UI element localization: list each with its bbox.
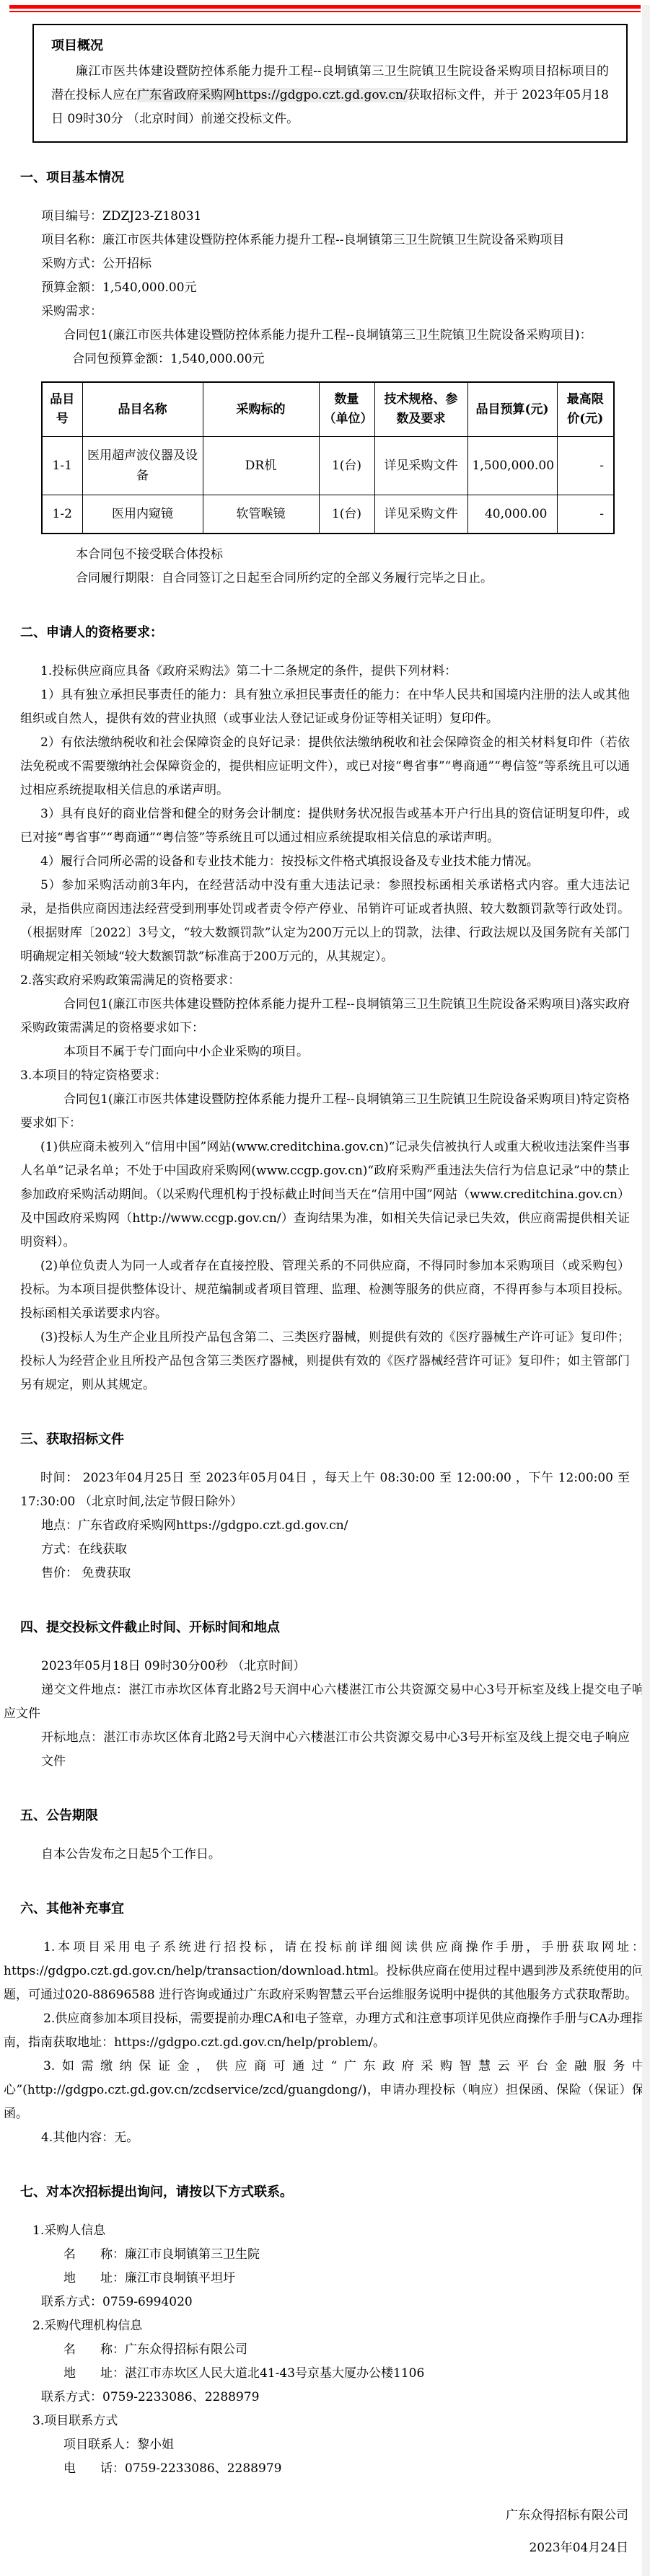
- qualification-item: (3)投标人为生产企业且所投产品包含第二、三类医疗器械，则提供有效的《医疗器械生…: [20, 1326, 630, 1397]
- cell-quantity: 1(台): [319, 495, 374, 534]
- section-qualification: 二、申请人的资格要求： 1.投标供应商应具备《政府采购法》第二十二条规定的条件，…: [0, 622, 650, 1397]
- section-4-title: 四、提交投标文件截止时间、开标时间和地点: [20, 1617, 630, 1639]
- overview-title: 项目概况: [51, 34, 609, 58]
- qualification-item: (2)单位负责人为同一人或者存在直接控股、管理关系的不同供应商，不得同时参加本采…: [20, 1254, 630, 1326]
- cell-quantity: 1(台): [319, 437, 374, 495]
- contract-pack-budget: 合同包预算金额：1,540,000.00元: [72, 348, 630, 371]
- supplementary-item: 1.本项目采用电子系统进行招投标，请在投标前详细阅读供应商操作手册，手册获取网址…: [4, 1936, 644, 2007]
- budget-amount: 预算金额：1,540,000.00元: [41, 276, 630, 300]
- opening-place: 开标地点：湛江市赤坎区体育北路2号天润中心六楼湛江市公共资源交易中心3号开标室及…: [41, 1726, 630, 1774]
- no-consortium-note: 本合同包不接受联合体投标: [76, 543, 630, 567]
- cell-specs: 详见采购文件: [374, 437, 467, 495]
- cell-price-cap: -: [557, 495, 614, 534]
- section-bid-opening: 四、提交投标文件截止时间、开标时间和地点 2023年05月18日 09时30分0…: [0, 1617, 650, 1774]
- col-item-no: 品目号: [42, 382, 82, 437]
- supplementary-item: 3.如需缴纳保证金，供应商可通过“广东政府采购智慧云平台金融服务中心”(http…: [4, 2055, 644, 2126]
- agency-info-head: 2.采购代理机构信息: [32, 2314, 630, 2338]
- project-overview-box: 项目概况 廉江市医共体建设暨防控体系能力提升工程--良垌镇第三卫生院镇卫生院设备…: [32, 24, 628, 143]
- obtain-place: 地点：广东省政府采购网https://gdgpo.czt.gd.gov.cn/: [41, 1514, 630, 1538]
- col-specs: 技术规格、参数及要求: [374, 382, 467, 437]
- cell-item-budget: 1,500,000.00: [467, 437, 557, 495]
- purchaser-address: 地 址：廉江市良垌镇平坦圩: [63, 2267, 630, 2290]
- cell-item-name: 医用内窥镜: [82, 495, 203, 534]
- section-basic-info: 一、项目基本情况 项目编号：ZDZJ23-Z18031 项目名称：廉江市医共体建…: [0, 167, 650, 590]
- cell-item-no: 1-2: [42, 495, 82, 534]
- col-item-name: 品目名称: [82, 382, 203, 437]
- obtain-price: 售价： 免费获取: [41, 1562, 630, 1585]
- contract-pack-line: 合同包1(廉江市医共体建设暨防控体系能力提升工程--良垌镇第三卫生院镇卫生院设备…: [63, 324, 630, 348]
- signature-block: 广东众得招标有限公司 2023年04月24日: [0, 2500, 650, 2576]
- project-number: 项目编号：ZDZJ23-Z18031: [41, 205, 630, 229]
- procurement-method: 采购方式：公开招标: [41, 252, 630, 276]
- project-contact-phone: 电 话：0759-2233086、2288979: [63, 2457, 630, 2481]
- top-red-rule-thin: [9, 11, 641, 12]
- cell-item-budget: 40,000.00: [467, 495, 557, 534]
- table-row: 1-2 医用内窥镜 软管喉镜 1(台) 详见采购文件 40,000.00 -: [42, 495, 614, 534]
- agency-phone: 联系方式：0759-2233086、2288979: [41, 2386, 630, 2409]
- signature-company: 广东众得招标有限公司: [0, 2500, 628, 2532]
- qualification-item: 3.本项目的特定资格要求：: [20, 1064, 630, 1088]
- section-1-title: 一、项目基本情况: [20, 167, 630, 189]
- cell-subject: DR机: [203, 437, 319, 495]
- agency-address: 地 址：湛江市赤坎区人民大道北41-43号京基大厦办公楼1106: [63, 2362, 630, 2386]
- cell-item-name: 医用超声波仪器及设备: [82, 437, 203, 495]
- submission-deadline: 2023年05月18日 09时30分00秒 （北京时间）: [41, 1655, 630, 1678]
- qualification-item: (1)供应商未被列入“信用中国”网站(www.creditchina.gov.c…: [20, 1136, 630, 1254]
- qualification-item: 合同包1(廉江市医共体建设暨防控体系能力提升工程--良垌镇第三卫生院镇卫生院设备…: [20, 993, 630, 1040]
- announcement-period-text: 自本公告发布之日起5个工作日。: [41, 1843, 630, 1867]
- procurement-demand-label: 采购需求：: [41, 300, 630, 324]
- section-2-title: 二、申请人的资格要求：: [20, 622, 630, 644]
- cell-item-no: 1-1: [42, 437, 82, 495]
- project-contact-head: 3.项目联系方式: [32, 2409, 630, 2433]
- col-quantity: 数量（单位）: [319, 382, 374, 437]
- qualification-item: 3）具有良好的商业信誉和健全的财务会计制度：提供财务状况报告或基本开户行出具的资…: [20, 802, 630, 850]
- qualification-item: 合同包1(廉江市医共体建设暨防控体系能力提升工程--良垌镇第三卫生院镇卫生院设备…: [20, 1088, 630, 1136]
- qualification-item: 2.落实政府采购政策需满足的资格要求：: [20, 969, 630, 993]
- tender-announcement-page: { "overview": { "title": "项目概况", "intro_…: [0, 5, 650, 2576]
- cell-specs: 详见采购文件: [374, 495, 467, 534]
- page-right-gutter: [642, 5, 650, 2576]
- purchaser-info-head: 1.采购人信息: [32, 2219, 630, 2243]
- procurement-portal-link[interactable]: 广东省政府采购网https://gdgpo.czt.gd.gov.cn/: [137, 88, 408, 102]
- col-subject: 采购标的: [203, 382, 319, 437]
- project-contact-person: 项目联系人：黎小姐: [63, 2433, 630, 2457]
- obtain-method: 方式：在线获取: [41, 1538, 630, 1562]
- top-red-rule-thick: [9, 5, 641, 9]
- qualification-item: 5）参加采购活动前3年内，在经营活动中没有重大违法记录：参照投标函相关承诺格式内…: [20, 874, 630, 969]
- section-obtain-documents: 三、获取招标文件 时间： 2023年04月25日 至 2023年05月04日 ，…: [0, 1429, 650, 1585]
- table-header-row: 品目号 品目名称 采购标的 数量（单位） 技术规格、参数及要求 品目预算(元) …: [42, 382, 614, 437]
- qualification-item: 4）履行合同所必需的设备和专业技术能力：按投标文件格式填报设备及专业技术能力情况…: [20, 850, 630, 874]
- contract-duration: 合同履行期限：自合同签订之日起至合同所约定的全部义务履行完毕之日止。: [76, 567, 630, 590]
- obtain-time: 时间： 2023年04月25日 至 2023年05月04日 ，每天上午 08:3…: [20, 1466, 630, 1514]
- agency-name: 名 称：广东众得招标有限公司: [63, 2338, 630, 2362]
- qualification-item: 1.投标供应商应具备《政府采购法》第二十二条规定的条件，提供下列材料：: [20, 660, 630, 683]
- procurement-items-table: 品目号 品目名称 采购标的 数量（单位） 技术规格、参数及要求 品目预算(元) …: [41, 381, 615, 534]
- section-supplementary: 六、其他补充事宜 1.本项目采用电子系统进行招投标，请在投标前详细阅读供应商操作…: [0, 1898, 650, 2150]
- qualification-item: 1）具有独立承担民事责任的能力：具有独立承担民事责任的能力：在中华人民共和国境内…: [20, 683, 630, 731]
- section-7-title: 七、对本次招标提出询问，请按以下方式联系。: [20, 2182, 630, 2203]
- section-announcement-period: 五、公告期限 自本公告发布之日起5个工作日。: [0, 1805, 650, 1867]
- purchaser-phone: 联系方式：0759-6994020: [41, 2290, 630, 2314]
- submission-place: 递交文件地点：湛江市赤坎区体育北路2号天润中心六楼湛江市公共资源交易中心3号开标…: [4, 1678, 644, 1726]
- signature-date: 2023年04月24日: [0, 2532, 628, 2564]
- supplementary-item: 4.其他内容：无。: [41, 2126, 630, 2150]
- supplementary-item: 2.供应商参加本项目投标，需要提前办理CA和电子签章，办理方式和注意事项详见供应…: [4, 2007, 644, 2055]
- col-price-cap: 最高限价(元): [557, 382, 614, 437]
- project-name: 项目名称：廉江市医共体建设暨防控体系能力提升工程--良垌镇第三卫生院镇卫生院设备…: [41, 229, 630, 252]
- cell-price-cap: -: [557, 437, 614, 495]
- section-3-title: 三、获取招标文件: [20, 1429, 630, 1451]
- table-row: 1-1 医用超声波仪器及设备 DR机 1(台) 详见采购文件 1,500,000…: [42, 437, 614, 495]
- qualification-item: 本项目不属于专门面向中小企业采购的项目。: [63, 1040, 630, 1064]
- section-contacts: 七、对本次招标提出询问，请按以下方式联系。 1.采购人信息 名 称：廉江市良垌镇…: [0, 2182, 650, 2481]
- col-item-budget: 品目预算(元): [467, 382, 557, 437]
- cell-subject: 软管喉镜: [203, 495, 319, 534]
- qualification-item: 2）有依法缴纳税收和社会保障资金的良好记录：提供依法缴纳税收和社会保障资金的相关…: [20, 731, 630, 802]
- purchaser-name: 名 称：廉江市良垌镇第三卫生院: [63, 2243, 630, 2267]
- overview-intro: 廉江市医共体建设暨防控体系能力提升工程--良垌镇第三卫生院镇卫生院设备采购项目招…: [51, 60, 609, 131]
- section-5-title: 五、公告期限: [20, 1805, 630, 1827]
- section-6-title: 六、其他补充事宜: [20, 1898, 630, 1920]
